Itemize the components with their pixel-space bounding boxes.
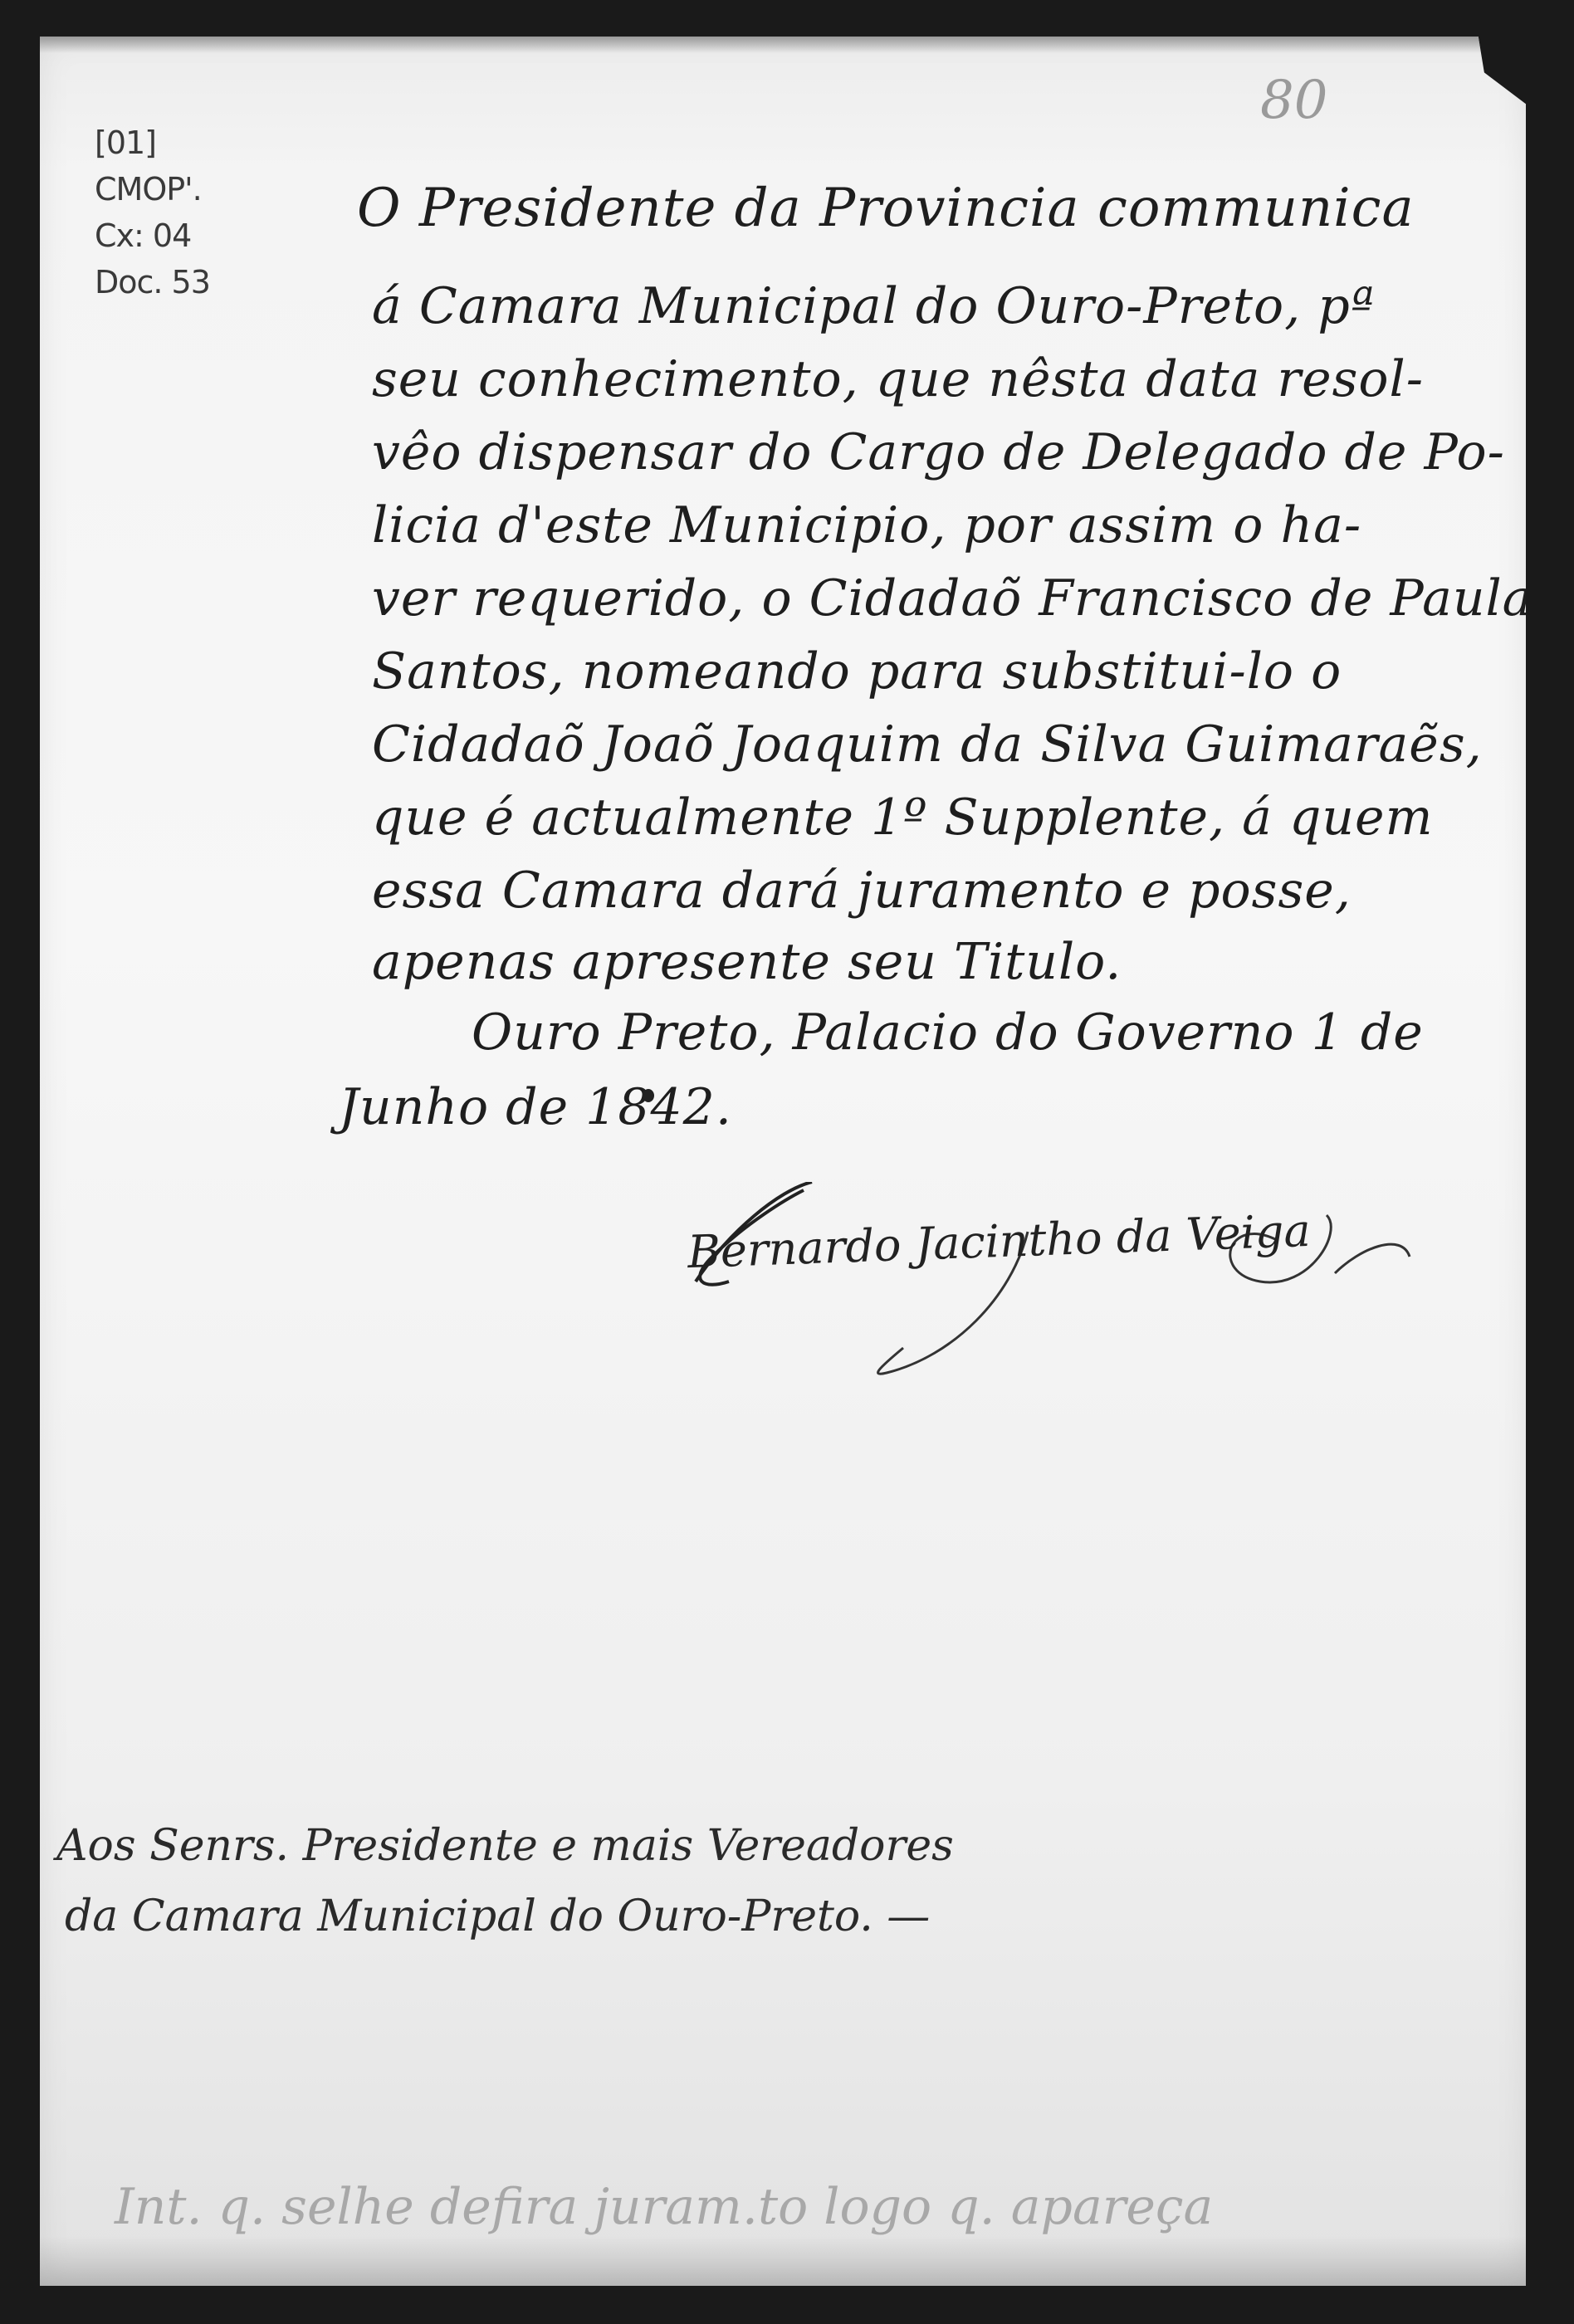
address-line-1: Aos Senrs. Presidente e mais Vereadores — [56, 1821, 954, 1871]
marginal-note: Int. q. selhe defira juram.to logo q. ap… — [115, 2178, 1213, 2236]
archive-box: Cx: 04 — [95, 212, 210, 259]
dateline-place: Ouro Preto, Palacio do Governo 1 de — [472, 1003, 1424, 1062]
dateline-date: Junho de 1842. — [339, 1078, 732, 1136]
body-line-4: vêo dispensar do Cargo de Delegado de Po… — [372, 423, 1505, 481]
archive-collection: CMOP'. — [95, 166, 210, 212]
body-line-11: apenas apresente seu Titulo. — [372, 933, 1122, 991]
body-line-3: seu conhecimento, que nêsta data resol- — [372, 350, 1424, 408]
archive-document-number: Doc. 53 — [95, 259, 210, 305]
body-line-8: Cidadaõ Joaõ Joaquim da Silva Guimaraẽs, — [372, 715, 1483, 774]
body-line-9: que é actualmente 1º Supplente, á quem — [372, 788, 1433, 847]
body-line-5: licia d'este Municipio, por assim o ha- — [372, 496, 1361, 554]
folio-number: 80 — [1260, 70, 1327, 131]
address-line-2: da Camara Municipal do Ouro-Preto. — — [65, 1892, 930, 1941]
body-line-1: O Presidente da Provincia communica — [357, 178, 1415, 239]
body-line-10: essa Camara dará juramento e posse, — [372, 862, 1352, 920]
manuscript-page: [01] CMOP'. Cx: 04 Doc. 53 80 O Presiden… — [40, 37, 1526, 2286]
archive-reference-label: [01] CMOP'. Cx: 04 Doc. 53 — [95, 120, 210, 305]
body-line-2: á Camara Municipal do Ouro-Preto, pª — [372, 277, 1375, 335]
ink-dot — [643, 1089, 654, 1102]
body-line-7: Santos, nomeando para substitui-lo o — [372, 642, 1342, 701]
archive-item-number: [01] — [95, 120, 210, 166]
body-line-6: ver requerido, o Cidadaõ Francisco de Pa… — [372, 569, 1532, 627]
